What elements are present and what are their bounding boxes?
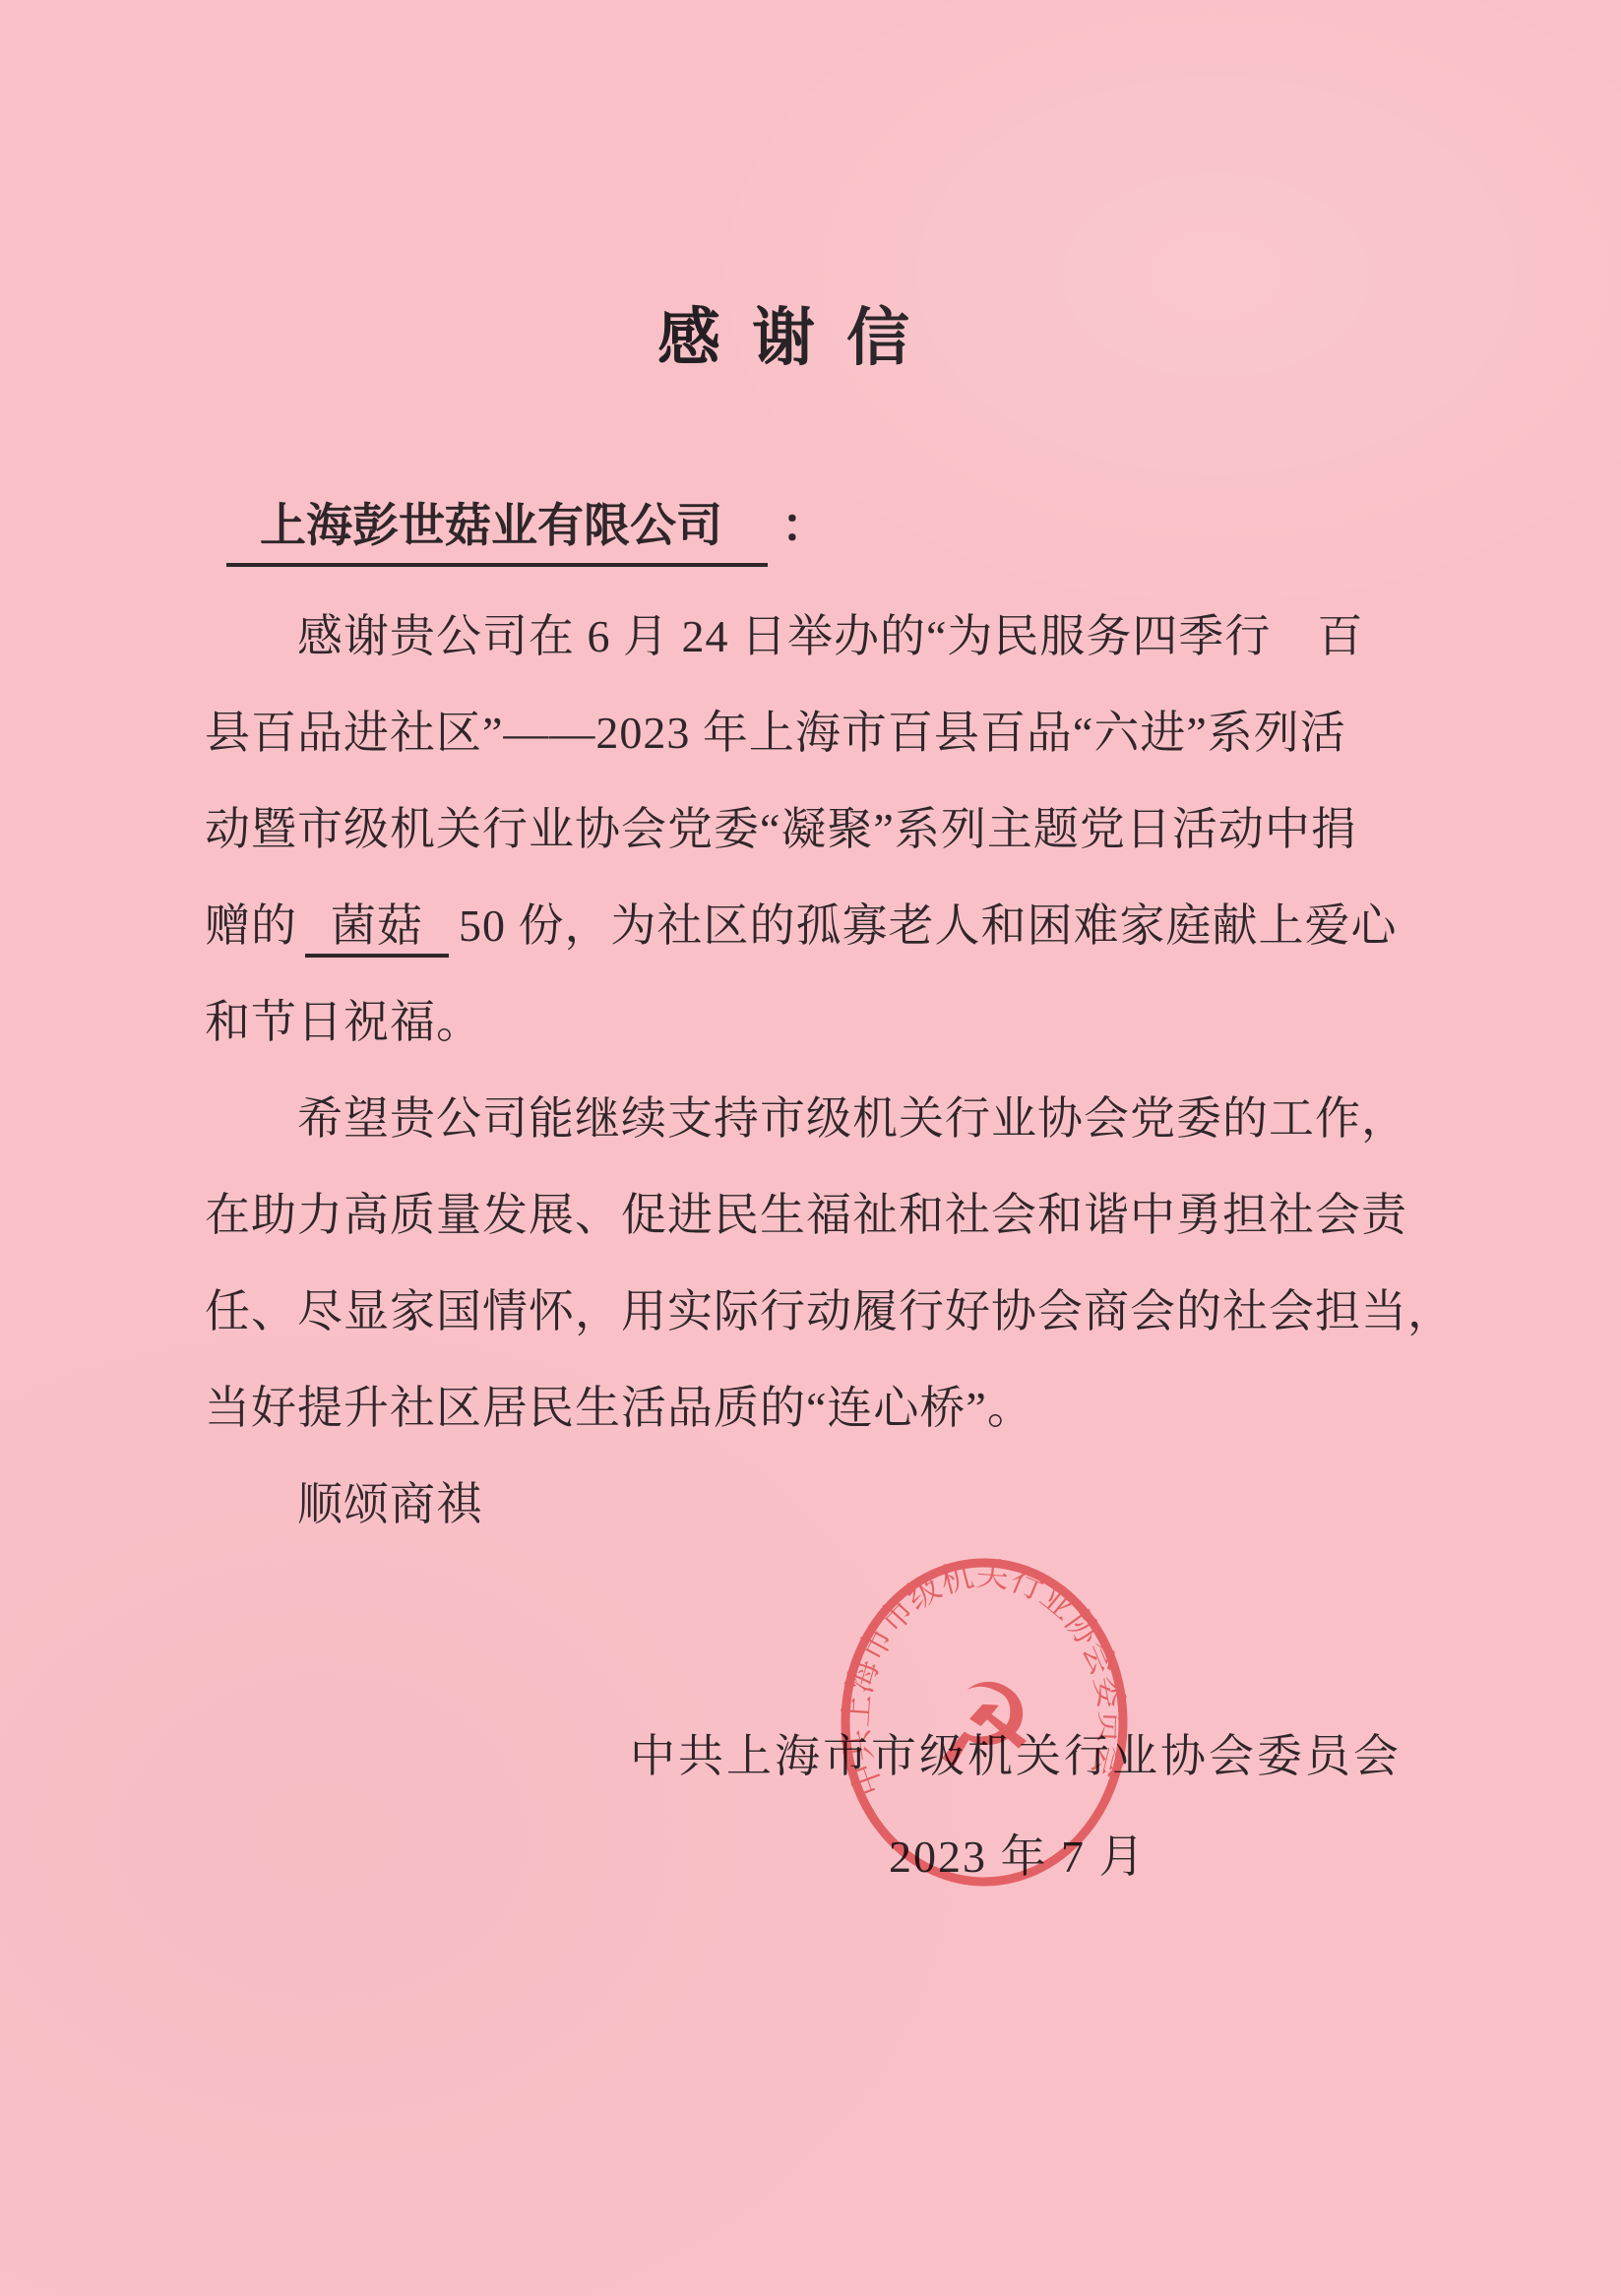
signature-organization: 中共上海市市级机关行业协会委员会 xyxy=(630,1720,1402,1785)
signature-date: 2023 年 7 月 xyxy=(889,1821,1147,1886)
body-line-4-prefix: 赠的 xyxy=(205,900,297,951)
body-line-3: 动暨市级机关行业协会党委“凝聚”系列主题党日活动中捐 xyxy=(205,781,1415,878)
body-line-7: 在助力高质量发展、促进民生福祉和社会和谐中勇担社会责 xyxy=(205,1167,1415,1264)
addressee-company: 上海彭世菇业有限公司 xyxy=(226,489,768,567)
body-line-4: 赠的菌菇50 份，为社区的孤寡老人和困难家庭献上爱心 xyxy=(205,878,1415,974)
body-line-9: 当好提升社区居民生活品质的“连心桥”。 xyxy=(205,1360,1415,1457)
letter-body: 感谢贵公司在 6 月 24 日举办的“为民服务四季行 百 县百品进社区”——20… xyxy=(205,589,1415,1553)
addressee-line: 上海彭世菇业有限公司： xyxy=(226,489,828,567)
body-line-5: 和节日祝福。 xyxy=(205,974,1415,1071)
body-line-2: 县百品进社区”——2023 年上海市百县百品“六进”系列活 xyxy=(205,685,1415,781)
body-line-8: 任、尽显家国情怀，用实际行动履行好协会商会的社会担当， xyxy=(205,1264,1415,1360)
body-line-6: 希望贵公司能继续支持市级机关行业协会党委的工作， xyxy=(205,1071,1415,1167)
letter-page: 感 谢 信 上海彭世菇业有限公司： 感谢贵公司在 6 月 24 日举办的“为民服… xyxy=(0,0,1621,2296)
closing-salutation: 顺颂商祺 xyxy=(205,1457,1415,1553)
body-line-1: 感谢贵公司在 6 月 24 日举办的“为民服务四季行 百 xyxy=(205,589,1415,685)
addressee-colon: ： xyxy=(781,501,828,552)
letter-title: 感 谢 信 xyxy=(0,287,1575,378)
donated-item-blank: 菌菇 xyxy=(305,899,449,958)
body-line-4-suffix: 50 份，为社区的孤寡老人和困难家庭献上爱心 xyxy=(459,900,1398,951)
